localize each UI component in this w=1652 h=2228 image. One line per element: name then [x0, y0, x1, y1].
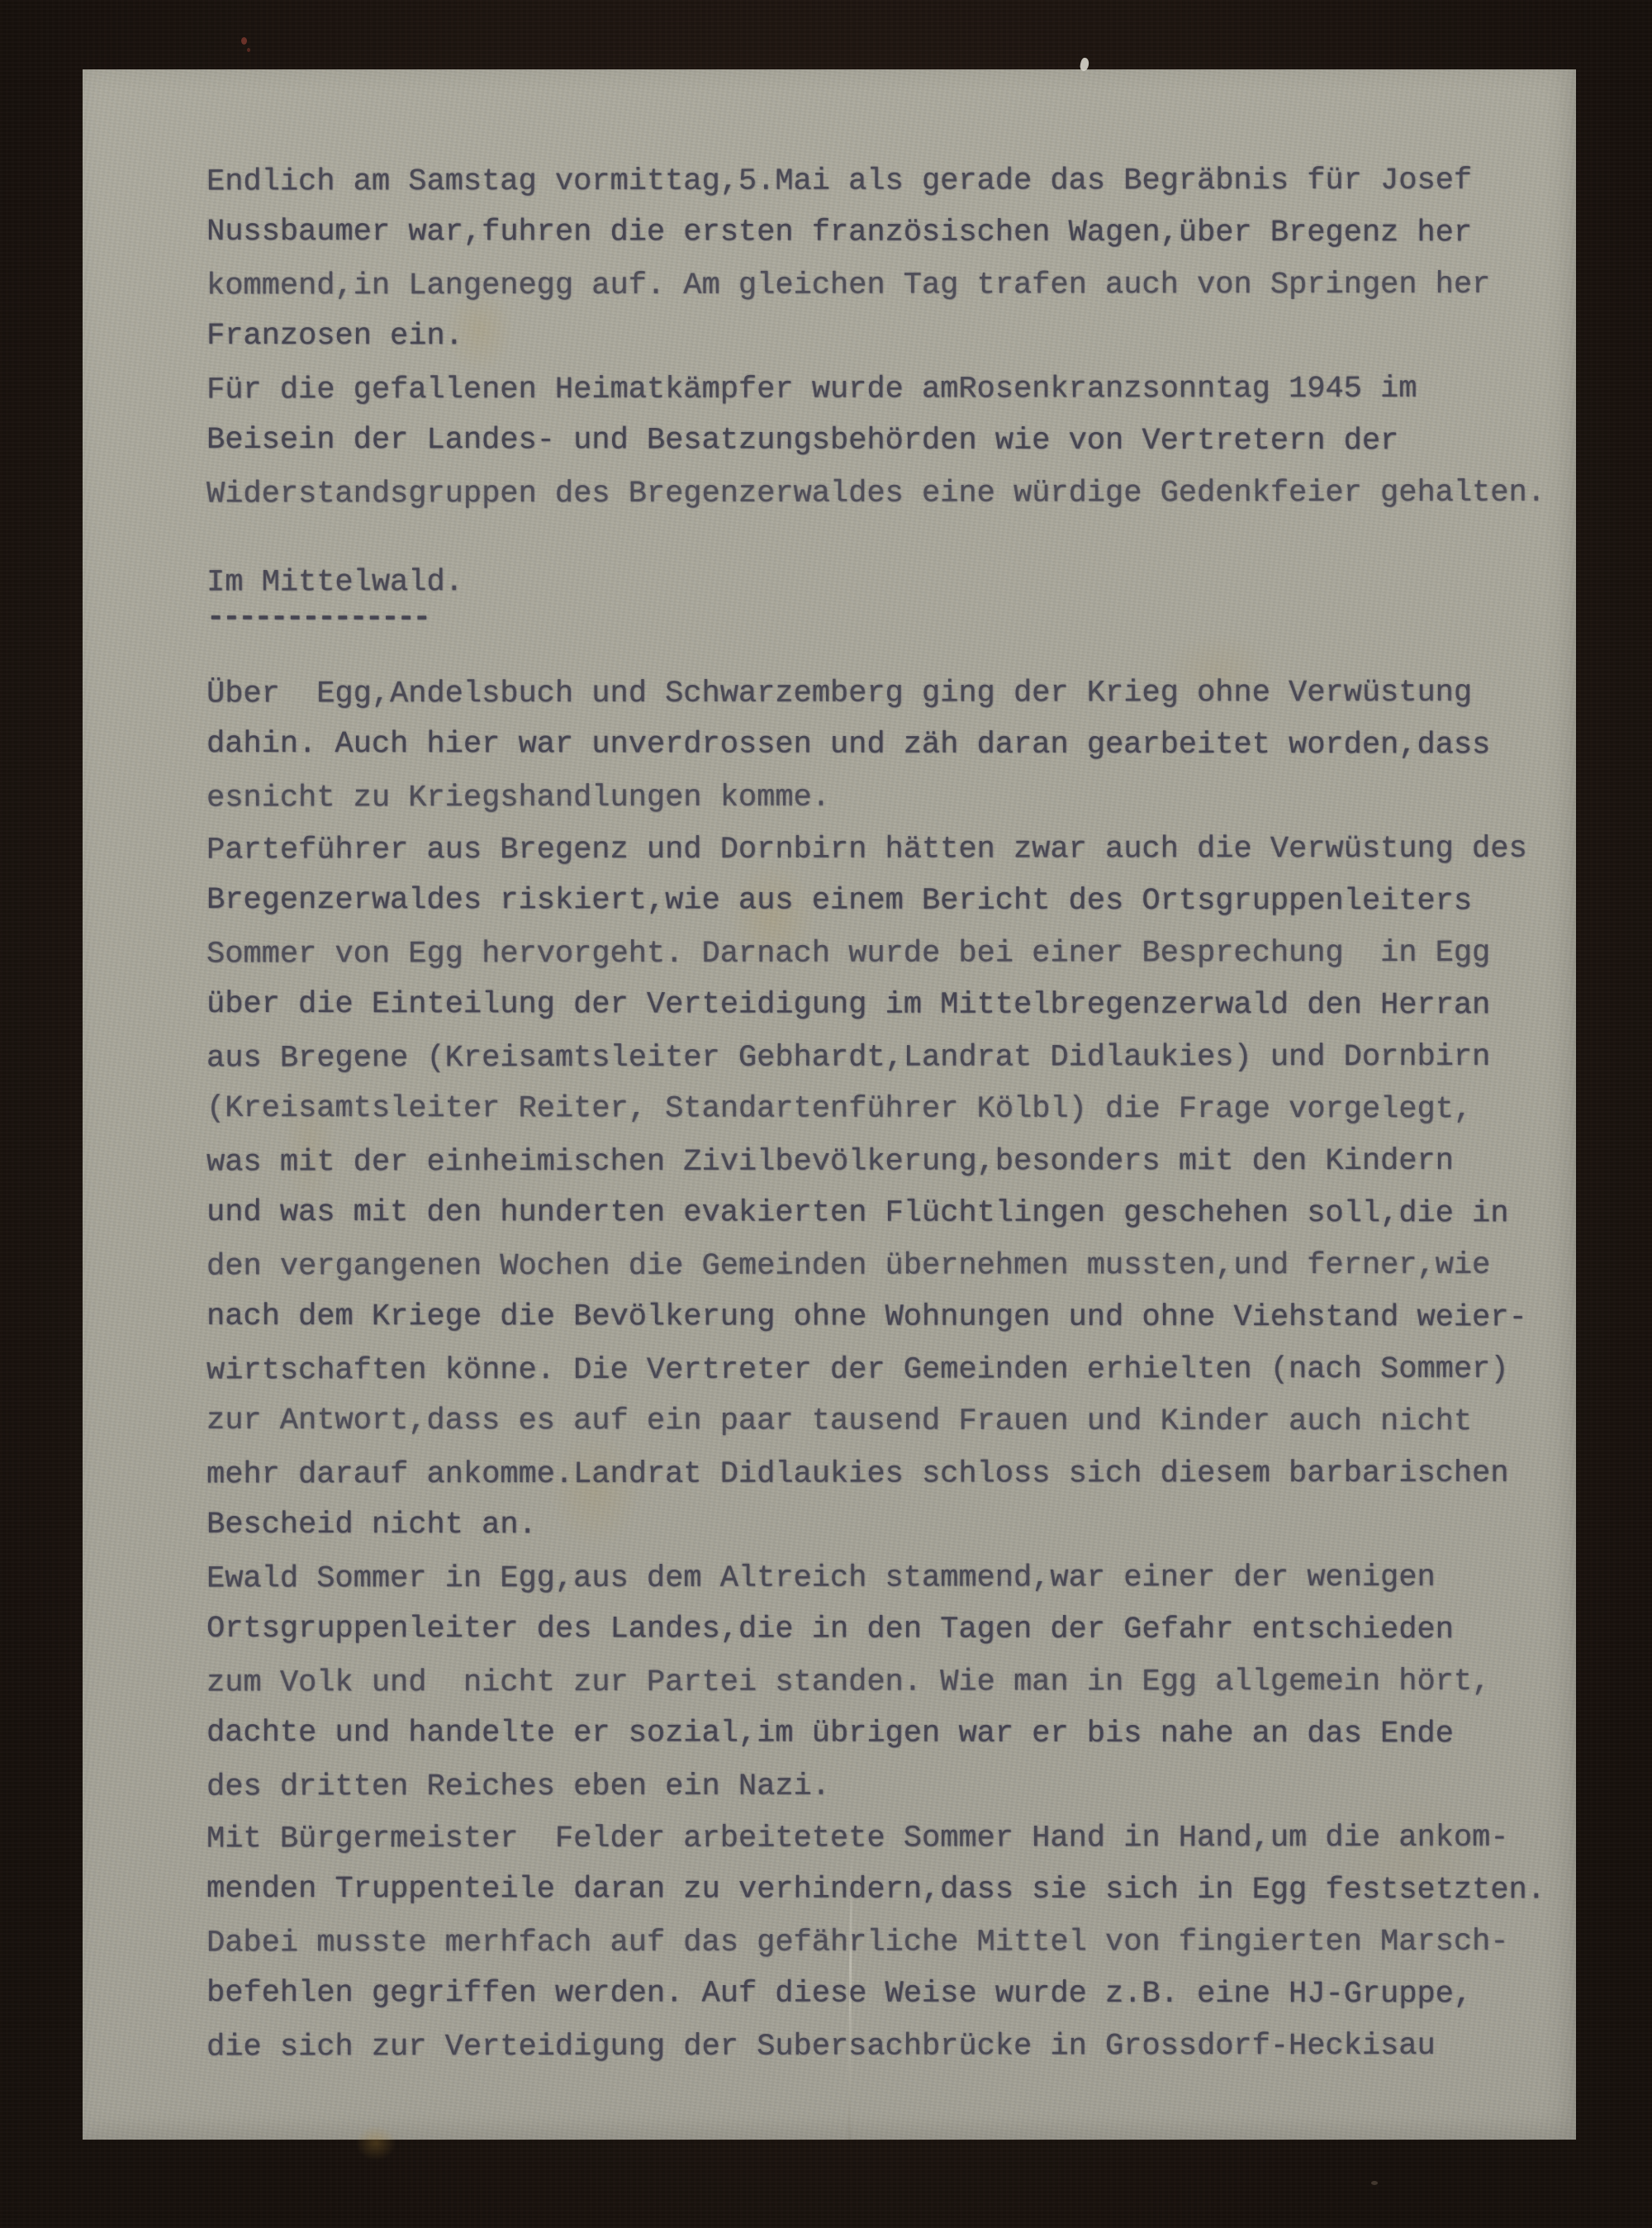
- paper-edge-speck: [1079, 57, 1090, 72]
- document-text: Endlich am Samstag vormittag,5.Mai als g…: [206, 155, 1533, 2073]
- text-line: kommend,in Langenegg auf. Am gleichen Ta…: [206, 259, 1533, 313]
- text-line: Bescheid nicht an.: [206, 1499, 1533, 1552]
- text-line: über die Einteilung der Verteidigung im …: [206, 979, 1533, 1032]
- text-line: des dritten Reiches eben ein Nazi.: [206, 1760, 1533, 1814]
- text-line: die sich zur Verteidigung der Subersachb…: [206, 2021, 1533, 2074]
- paragraph: Mit Bürgermeister Felder arbeitetete Som…: [206, 1812, 1533, 2073]
- text-line: dahin. Auch hier war unverdrossen und zä…: [206, 719, 1533, 772]
- text-line: den vergangenen Wochen die Gemeinden übe…: [206, 1240, 1533, 1294]
- text-line: (Kreisamtsleiter Reiter, Standartenführe…: [206, 1083, 1533, 1136]
- scanned-photo-mat: { "scan": { "mat_color": "#241a14", "pap…: [0, 0, 1652, 2228]
- section-heading: Im Mittelwald. --------------: [206, 556, 1533, 641]
- text-line: Bregenzerwaldes riskiert,wie aus einem B…: [206, 875, 1533, 928]
- text-line: Mit Bürgermeister Felder arbeitetete Som…: [206, 1812, 1533, 1866]
- text-line: aus Bregene (Kreisamtsleiter Gebhardt,La…: [206, 1032, 1533, 1085]
- text-line: Widerstandsgruppen des Bregenzerwaldes e…: [206, 468, 1533, 521]
- text-line: nach dem Kriege die Bevölkerung ohne Woh…: [206, 1291, 1533, 1344]
- paragraph: Für die gefallenen Heimatkämpfer wurde a…: [206, 363, 1533, 520]
- text-line: Nussbaumer war,fuhren die ersten französ…: [206, 207, 1533, 259]
- paragraph: Ewald Sommer in Egg,aus dem Altreich sta…: [206, 1552, 1533, 1812]
- text-line: was mit der einheimischen Zivilbevölkeru…: [206, 1136, 1533, 1190]
- paragraph: Endlich am Samstag vormittag,5.Mai als g…: [206, 155, 1533, 363]
- text-line: zur Antwort,dass es auf ein paar tausend…: [206, 1395, 1533, 1448]
- text-line: Parteführer aus Bregenz und Dornbirn hät…: [206, 824, 1533, 877]
- text-line: menden Truppenteile daran zu verhindern,…: [206, 1864, 1533, 1917]
- paragraph: Über Egg,Andelsbuch und Schwarzemberg gi…: [206, 667, 1533, 824]
- text-line: Über Egg,Andelsbuch und Schwarzemberg gi…: [206, 667, 1533, 721]
- text-line: wirtschaften könne. Die Vertreter der Ge…: [206, 1344, 1533, 1398]
- document-page: Endlich am Samstag vormittag,5.Mai als g…: [83, 69, 1576, 2140]
- paper-stain: [347, 2118, 405, 2168]
- text-line: befehlen gegriffen werden. Auf diese Wei…: [206, 1968, 1533, 2021]
- text-line: mehr darauf ankomme.Landrat Didlaukies s…: [206, 1448, 1533, 1502]
- text-line: esnicht zu Kriegshandlungen komme.: [206, 772, 1533, 825]
- text-line: Ewald Sommer in Egg,aus dem Altreich sta…: [206, 1552, 1533, 1606]
- mat-speck: [1371, 2181, 1378, 2185]
- text-line: Für die gefallenen Heimatkämpfer wurde a…: [206, 363, 1533, 417]
- text-line: dachte und handelte er sozial,im übrigen…: [206, 1708, 1533, 1760]
- text-line: Franzosen ein.: [206, 311, 1533, 363]
- text-line: und was mit den hunderten evakierten Flü…: [206, 1187, 1533, 1240]
- heading-underline: --------------: [206, 607, 1533, 641]
- text-line: Ortsgruppenleiter des Landes,die in den …: [206, 1603, 1533, 1656]
- mat-speck: [247, 48, 250, 52]
- mat-speck: [241, 37, 247, 45]
- text-line: Sommer von Egg hervorgeht. Darnach wurde…: [206, 928, 1533, 981]
- text-line: zum Volk und nicht zur Partei standen. W…: [206, 1656, 1533, 1710]
- text-line: Beisein der Landes- und Besatzungsbehörd…: [206, 415, 1533, 468]
- text-line: Endlich am Samstag vormittag,5.Mai als g…: [206, 155, 1533, 209]
- text-line: Dabei musste merhfach auf das gefährlich…: [206, 1917, 1533, 1970]
- paragraph: Parteführer aus Bregenz und Dornbirn hät…: [206, 824, 1533, 1552]
